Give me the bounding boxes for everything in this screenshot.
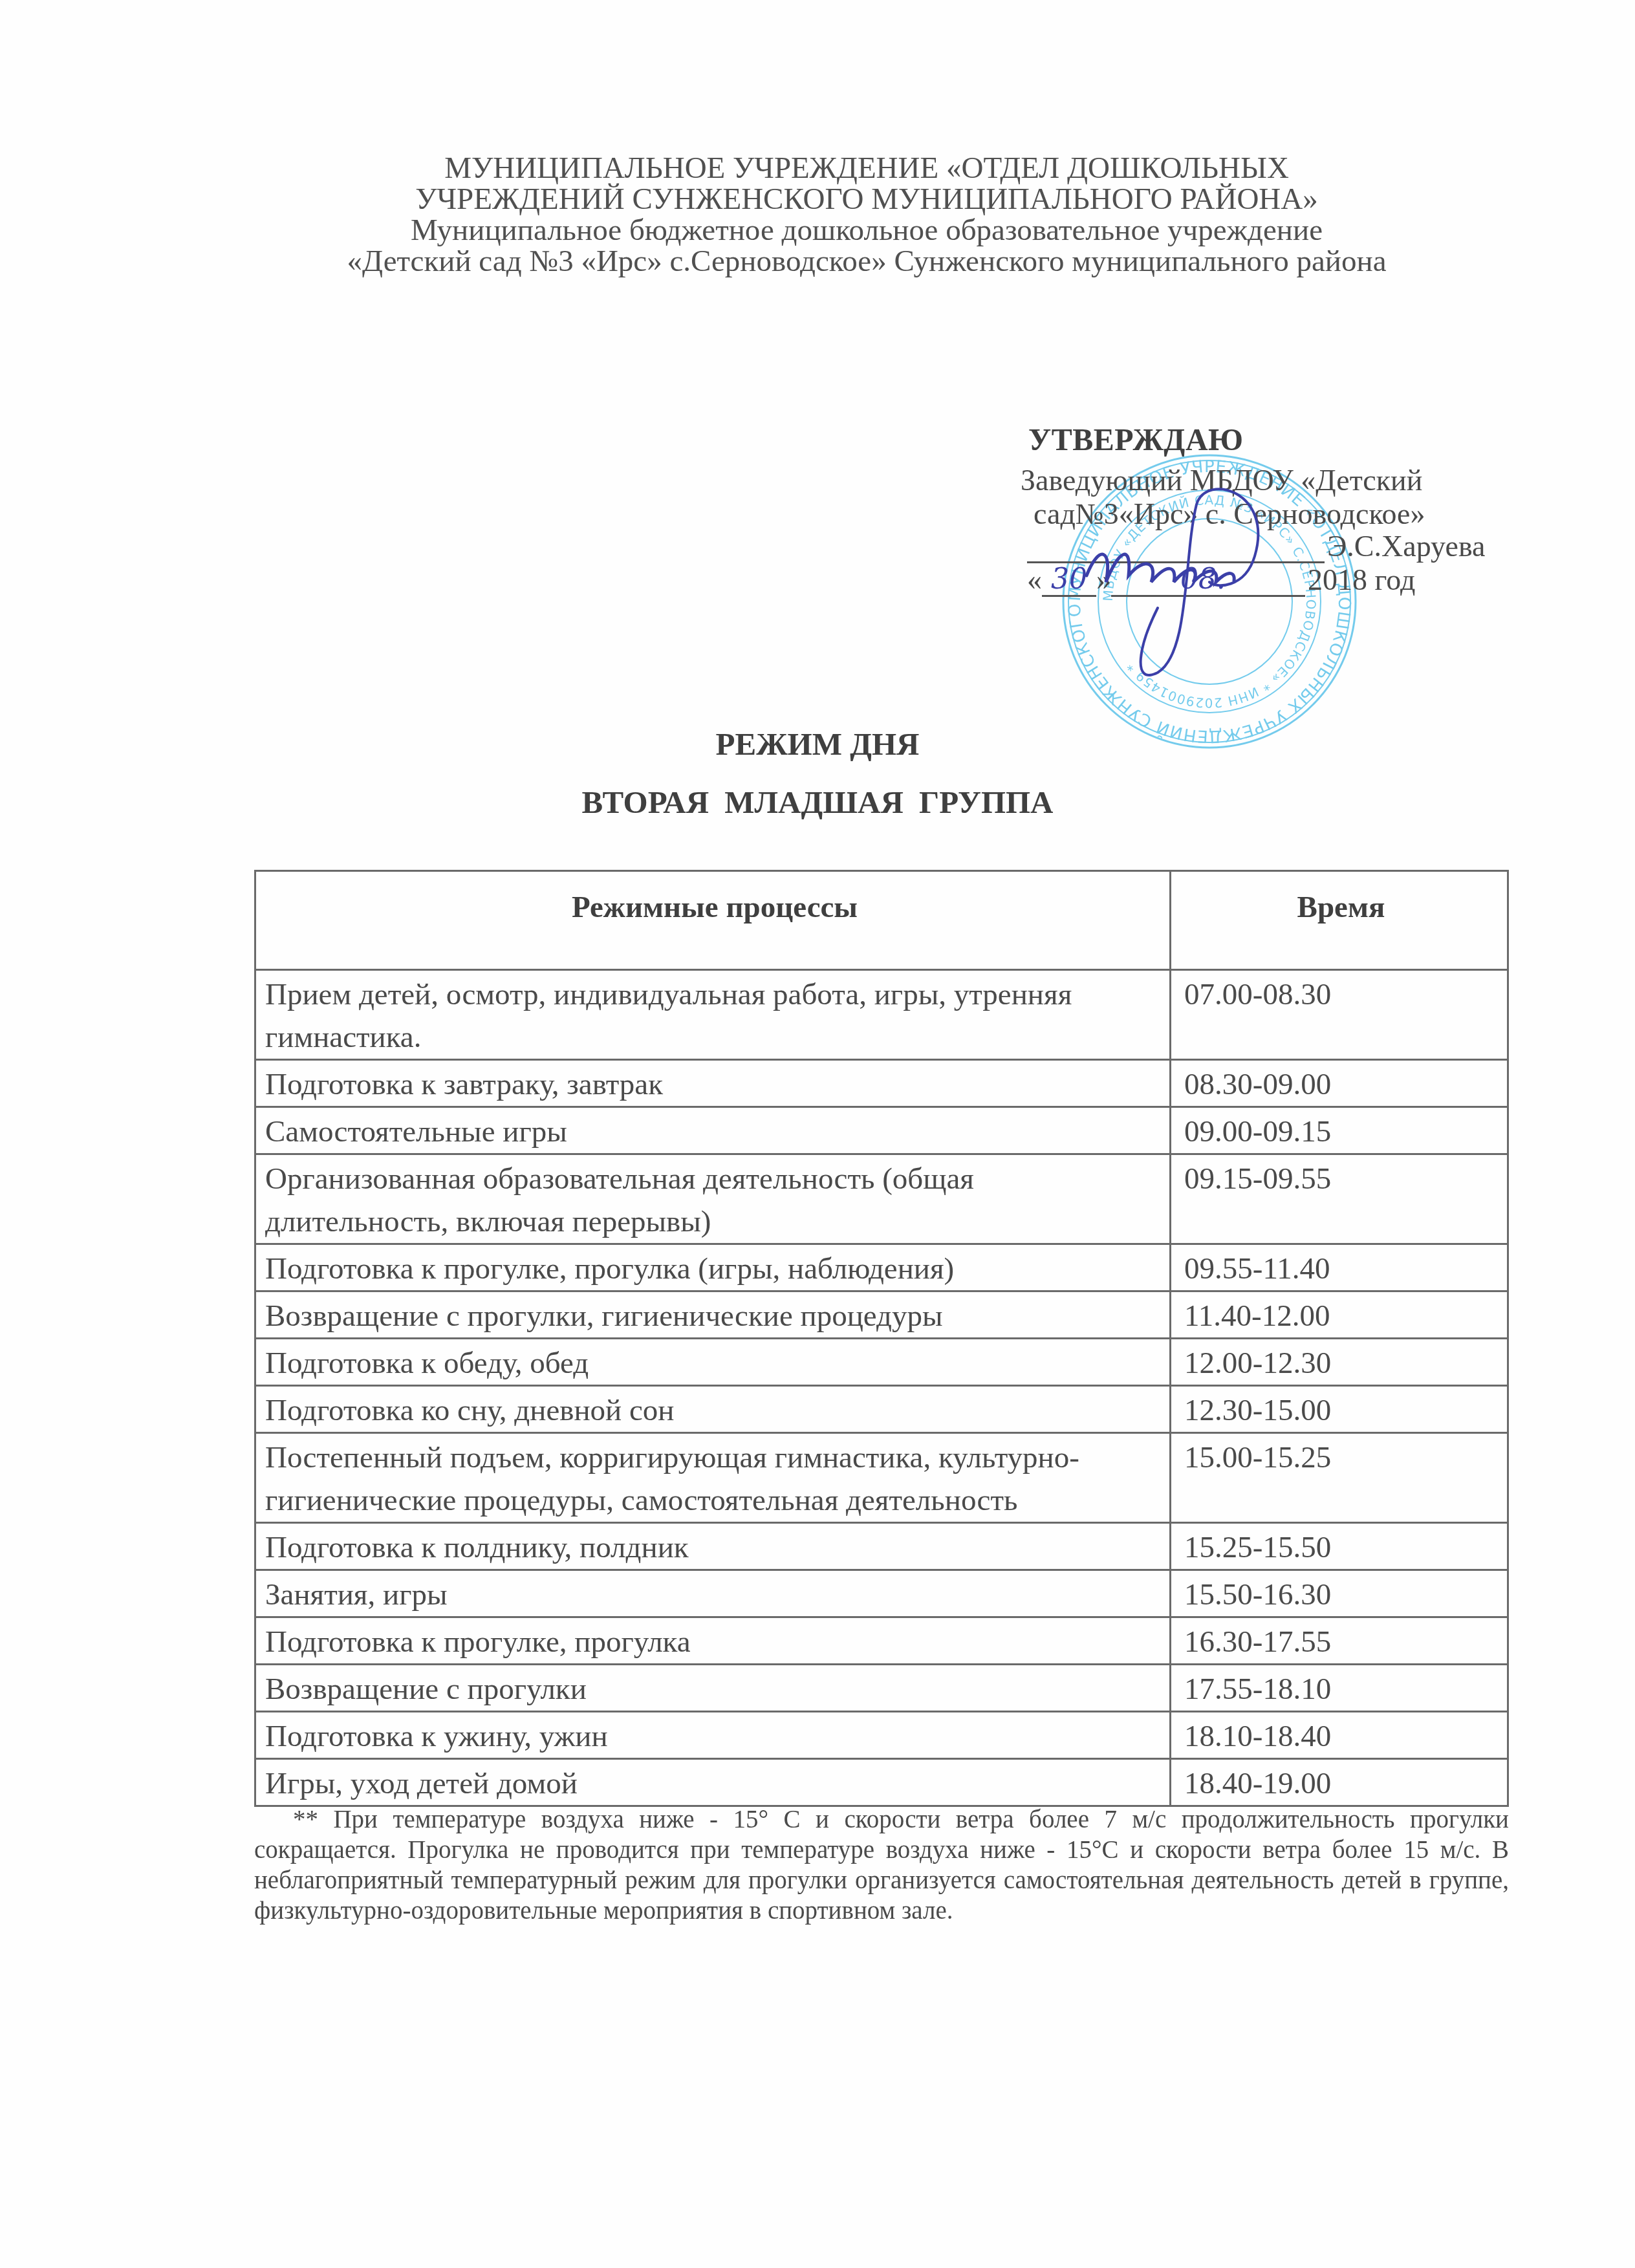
time-cell: 12.00-12.30	[1171, 1339, 1508, 1386]
signature-line: Э.С.Харуева	[1027, 530, 1485, 563]
process-cell: Подготовка к полднику, полдник	[255, 1523, 1171, 1570]
table-row: Подготовка к ужину, ужин18.10-18.40	[255, 1712, 1508, 1759]
process-cell: Подготовка к ужину, ужин	[255, 1712, 1171, 1759]
time-cell: 09.55-11.40	[1171, 1244, 1508, 1291]
date-close-quote: »	[1096, 563, 1111, 597]
time-cell: 11.40-12.00	[1171, 1291, 1508, 1339]
column-header-process: Режимные процессы	[255, 871, 1171, 970]
approver-position-line-2: сад№3«Ирс» с. Серноводское»	[1034, 497, 1425, 531]
table-row: Постепенный подъем, корригирующая гимнас…	[255, 1433, 1508, 1523]
process-cell: Прием детей, осмотр, индивидуальная рабо…	[255, 970, 1171, 1060]
process-cell: Постепенный подъем, корригирующая гимнас…	[255, 1433, 1171, 1523]
document-page: МУНИЦИПАЛЬНОЕ УЧРЕЖДЕНИЕ «ОТДЕЛ ДОШКОЛЬН…	[0, 0, 1635, 2268]
time-cell: 07.00-08.30	[1171, 970, 1508, 1060]
process-cell: Игры, уход детей домой	[255, 1759, 1171, 1806]
time-cell: 15.50-16.30	[1171, 1570, 1508, 1617]
weather-footnote: ** При температуре воздуха ниже - 15° С …	[254, 1804, 1509, 1926]
date-year: 2018 год	[1308, 563, 1415, 597]
time-cell: 08.30-09.00	[1171, 1060, 1508, 1107]
header-line-2: УЧРЕЖДЕНИЙ СУНЖЕНСКОГО МУНИЦИПАЛЬНОГО РА…	[233, 184, 1500, 215]
process-cell: Подготовка к прогулке, прогулка	[255, 1617, 1171, 1665]
table-row: Подготовка к прогулке, прогулка (игры, н…	[255, 1244, 1508, 1291]
approver-position-line-1: Заведующий МБДОУ «Детский	[1021, 464, 1422, 497]
process-cell: Занятия, игры	[255, 1570, 1171, 1617]
table-row: Самостоятельные игры09.00-09.15	[255, 1107, 1508, 1154]
table-row: Организованная образовательная деятельно…	[255, 1154, 1508, 1244]
time-cell: 15.00-15.25	[1171, 1433, 1508, 1523]
column-header-time: Время	[1171, 871, 1508, 970]
approval-title: УТВЕРЖДАЮ	[1028, 424, 1244, 457]
daily-schedule-table: Режимные процессы Время Прием детей, осм…	[254, 870, 1509, 1807]
table-row: Возвращение с прогулки, гигиенические пр…	[255, 1291, 1508, 1339]
process-cell: Подготовка к обеду, обед	[255, 1339, 1171, 1386]
time-cell: 15.25-15.50	[1171, 1523, 1508, 1570]
time-cell: 09.00-09.15	[1171, 1107, 1508, 1154]
time-cell: 12.30-15.00	[1171, 1386, 1508, 1433]
table-row: Подготовка к обеду, обед12.00-12.30	[255, 1339, 1508, 1386]
process-cell: Самостоятельные игры	[255, 1107, 1171, 1154]
table-row: Подготовка к полднику, полдник15.25-15.5…	[255, 1523, 1508, 1570]
time-cell: 18.40-19.00	[1171, 1759, 1508, 1806]
time-cell: 16.30-17.55	[1171, 1617, 1508, 1665]
table-row: Игры, уход детей домой18.40-19.00	[255, 1759, 1508, 1806]
process-cell: Организованная образовательная деятельно…	[255, 1154, 1171, 1244]
header-line-3: Муниципальное бюджетное дошкольное образ…	[233, 215, 1500, 246]
table-row: Подготовка к завтраку, завтрак08.30-09.0…	[255, 1060, 1508, 1107]
signatory-name: Э.С.Харуева	[1327, 530, 1485, 563]
signature-blank	[1027, 535, 1325, 563]
date-open-quote: «	[1027, 563, 1042, 597]
date-month-handwritten: 08.	[1180, 563, 1226, 596]
header-line-1: МУНИЦИПАЛЬНОЕ УЧРЕЖДЕНИЕ «ОТДЕЛ ДОШКОЛЬН…	[233, 153, 1500, 184]
time-cell: 17.55-18.10	[1171, 1665, 1508, 1712]
table-row: Возвращение с прогулки17.55-18.10	[255, 1665, 1508, 1712]
group-subtitle: ВТОРАЯ МЛАДШАЯ ГРУППА	[0, 784, 1635, 821]
time-cell: 18.10-18.40	[1171, 1712, 1508, 1759]
header-line-4: «Детский сад №3 «Ирс» с.Серноводское» Су…	[233, 246, 1500, 277]
table-row: Подготовка ко сну, дневной сон12.30-15.0…	[255, 1386, 1508, 1433]
institution-header: МУНИЦИПАЛЬНОЕ УЧРЕЖДЕНИЕ «ОТДЕЛ ДОШКОЛЬН…	[233, 153, 1500, 277]
process-cell: Возвращение с прогулки, гигиенические пр…	[255, 1291, 1171, 1339]
process-cell: Возвращение с прогулки	[255, 1665, 1171, 1712]
table-row: Занятия, игры15.50-16.30	[255, 1570, 1508, 1617]
process-cell: Подготовка к прогулке, прогулка (игры, н…	[255, 1244, 1171, 1291]
table-row: Подготовка к прогулке, прогулка16.30-17.…	[255, 1617, 1508, 1665]
date-day-handwritten: 30	[1051, 563, 1087, 596]
table-header-row: Режимные процессы Время	[255, 871, 1508, 970]
time-cell: 09.15-09.55	[1171, 1154, 1508, 1244]
table-row: Прием детей, осмотр, индивидуальная рабо…	[255, 970, 1508, 1060]
process-cell: Подготовка ко сну, дневной сон	[255, 1386, 1171, 1433]
process-cell: Подготовка к завтраку, завтрак	[255, 1060, 1171, 1107]
page-title: РЕЖИМ ДНЯ	[0, 726, 1635, 762]
